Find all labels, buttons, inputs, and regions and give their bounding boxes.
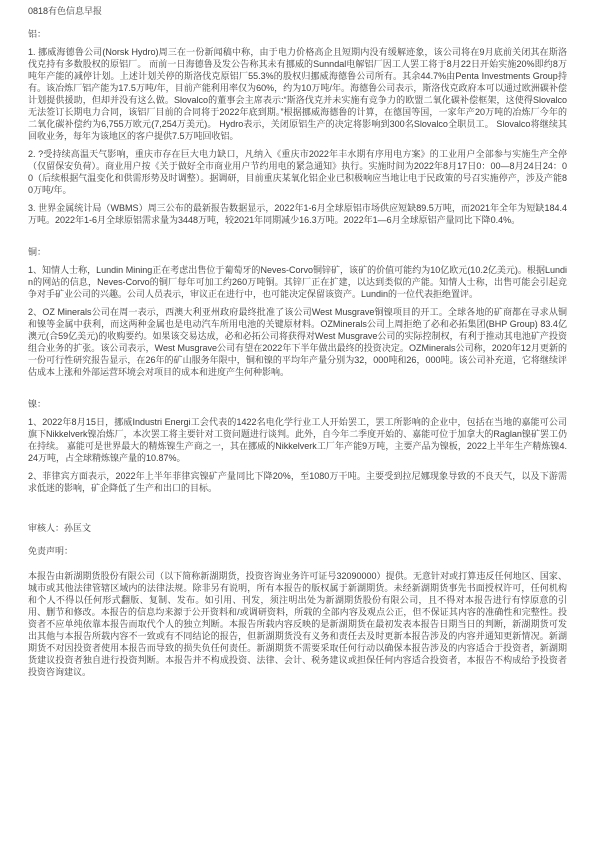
report-page: 0818有色信息早报 铝： 1. 挪威海德鲁公司(Norsk Hydro)周三在…	[0, 0, 595, 842]
section-aluminum: 铝： 1. 挪威海德鲁公司(Norsk Hydro)周三在一份新闻稿中称，由于电…	[28, 28, 567, 226]
aluminum-news-item-2: 2. ?受持续高温天气影响，重庆市存在巨大电力缺口，凡纳入《重庆市2022年丰水…	[28, 148, 567, 196]
section-aluminum-label: 铝：	[28, 28, 567, 40]
section-copper: 铜： 1、知情人士称，Lundin Mining正在考虑出售位于葡萄牙的Neve…	[28, 246, 567, 378]
reviewer-name: 孙匡文	[64, 523, 91, 533]
section-copper-label: 铜：	[28, 246, 567, 258]
nickel-news-item-1: 1、2022年8月15日，挪威Industri Energi工会代表的1422名…	[28, 416, 567, 464]
aluminum-news-item-3: 3. 世界金属统计局（WBMS）周三公布的最新报告数据显示，2022年1-6月全…	[28, 202, 567, 226]
copper-news-item-2: 2、OZ Minerals公司在周一表示，西澳大利亚州政府最终批准了该公司Wes…	[28, 306, 567, 378]
reviewer-label: 审核人：	[28, 523, 64, 533]
report-title: 0818有色信息早报	[28, 5, 567, 17]
section-nickel-label: 镍：	[28, 398, 567, 410]
disclaimer-label: 免责声明：	[28, 545, 567, 557]
copper-news-item-1: 1、知情人士称，Lundin Mining正在考虑出售位于葡萄牙的Neves-C…	[28, 264, 567, 300]
section-nickel: 镍： 1、2022年8月15日，挪威Industri Energi工会代表的14…	[28, 398, 567, 494]
disclaimer-text: 本报告由新湖期货股份有限公司（以下简称新湖期货，投资咨询业务许可证号320900…	[28, 570, 567, 678]
reviewer-line: 审核人：孙匡文	[28, 522, 567, 534]
aluminum-news-item-1: 1. 挪威海德鲁公司(Norsk Hydro)周三在一份新闻稿中称，由于电力价格…	[28, 46, 567, 142]
nickel-news-item-2: 2、菲律宾方面表示，2022年上半年菲律宾镍矿产量同比下降20%，至1080万干…	[28, 470, 567, 494]
